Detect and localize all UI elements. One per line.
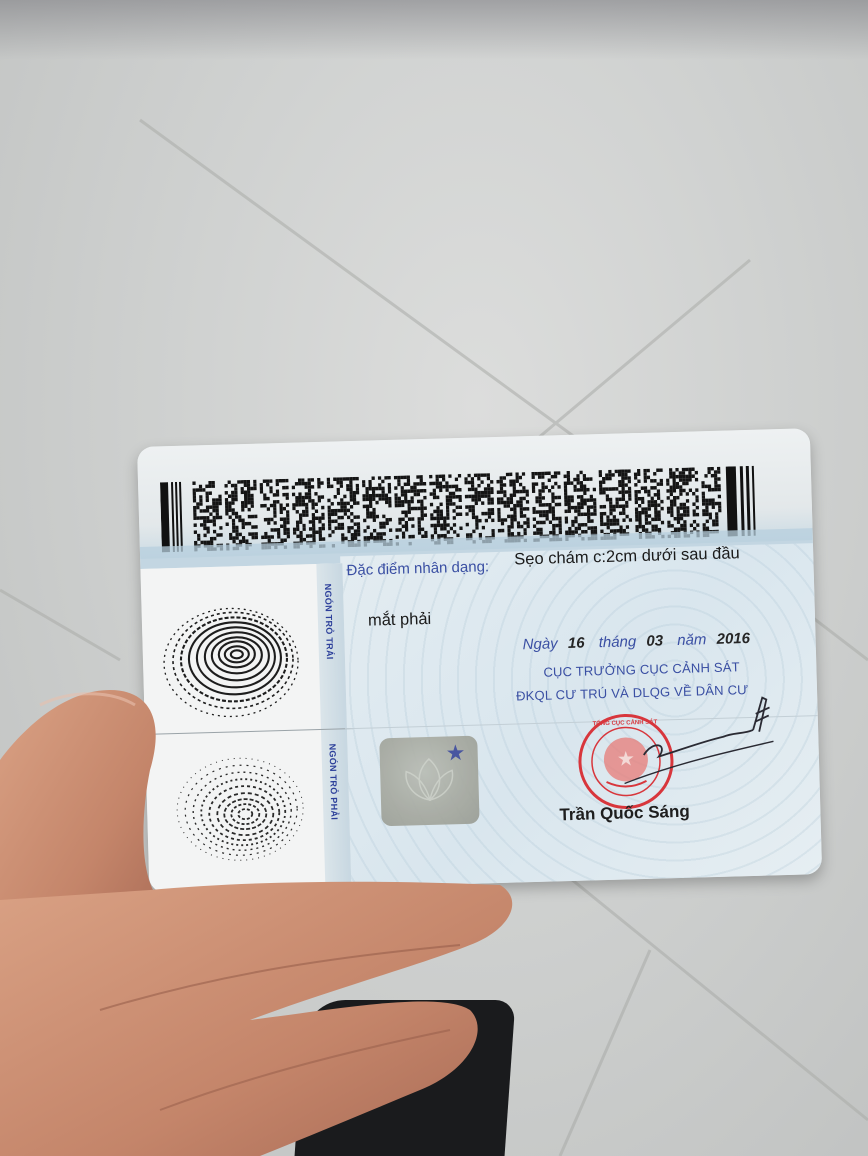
right-index-fingerprint-icon (163, 740, 317, 874)
star-icon: ★ (445, 742, 465, 765)
signature-icon (612, 691, 784, 786)
left-index-finger-label: NGÓN TRỎ TRÁI (323, 584, 335, 660)
month-value: 03 (646, 632, 663, 649)
signer-name: Trần Quốc Sáng (559, 802, 690, 826)
right-index-finger-label: NGÓN TRỎ PHẢI (327, 744, 339, 821)
year-value: 2016 (716, 630, 750, 648)
id-card-back: NGÓN TRỎ TRÁI NGÓN TRỎ PHẢI Đặc điểm nhâ… (137, 428, 822, 893)
hologram-sticker: ★ (379, 736, 479, 827)
identifying-features-value-line2: mắt phải (368, 610, 432, 631)
month-label: tháng (598, 633, 636, 651)
dark-cloth (295, 1000, 516, 1156)
left-index-fingerprint-icon (153, 590, 317, 724)
day-value: 16 (568, 635, 585, 652)
top-shadow (0, 0, 868, 60)
year-label: năm (677, 631, 707, 649)
day-label: Ngày (522, 635, 557, 653)
